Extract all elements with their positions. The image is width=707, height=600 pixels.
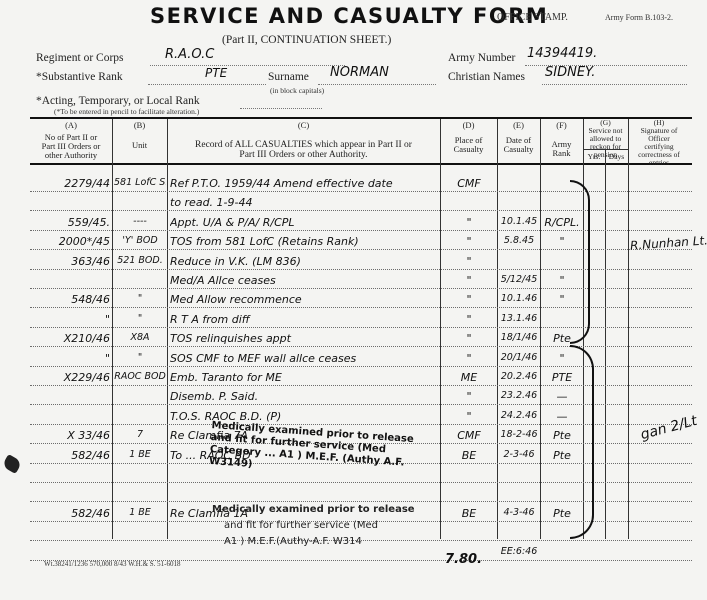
cell-place: CMF (442, 177, 496, 190)
cell-order-no: 559/45. (32, 216, 110, 229)
col-e-label: Date of Casualty (497, 136, 540, 154)
column-divider-gh (628, 119, 629, 539)
col-h-header: (H) Signature of Officer certifying corr… (628, 119, 690, 167)
col-e-letter: (E) (497, 121, 540, 130)
cell-record: TOS relinquishes appt (170, 332, 438, 345)
army-number-value: 14394419. (527, 46, 597, 61)
col-c-letter: (C) (167, 121, 440, 130)
cell-order-no: 2279/44 (32, 177, 110, 190)
cell-record: to read. 1-9-44 (170, 196, 438, 209)
cell-place: BE (442, 507, 496, 520)
cell-record: Emb. Taranto for ME (170, 371, 438, 384)
cell-unit: RAOC BOD (114, 371, 166, 382)
col-e-header: (E) Date of Casualty (497, 121, 540, 154)
row-rule (30, 288, 692, 289)
row-rule (30, 307, 692, 308)
cell-date: 2-3-46 (498, 449, 540, 460)
regiment-label: Regiment or Corps (36, 52, 124, 64)
cell-unit: 7 (114, 429, 166, 440)
acting-rank-label: *Acting, Temporary, or Local Rank (36, 95, 200, 107)
col-g-years: Yrs. (583, 152, 605, 161)
cell-place: " (442, 235, 496, 248)
cell-date: 20.2.46 (498, 371, 540, 382)
cell-record: Ref P.T.O. 1959/44 Amend effective date (170, 177, 438, 190)
cell-date: 23.2.46 (498, 390, 540, 401)
cell-record: R T A from diff (170, 313, 438, 326)
cell-record: Reduce in V.K. (LM 836) (170, 255, 438, 268)
cell-unit: " (114, 352, 166, 363)
cell-order-no: X 33/46 (32, 429, 110, 442)
cell-place: BE (442, 449, 496, 462)
army-number-label: Army Number (448, 52, 515, 64)
row-rule (30, 230, 692, 231)
cell-record: SOS CMF to MEF wall allce ceases (170, 352, 438, 365)
column-divider-bc (167, 119, 168, 539)
bottom-mark: 7.80. (445, 552, 482, 567)
scribble-mark (2, 454, 23, 474)
col-d-letter: (D) (440, 121, 497, 130)
col-a-letter: (A) (30, 121, 112, 130)
cell-unit: ---- (114, 216, 166, 227)
release-line-3: A1 ) M.E.F.(Authy-A.F. W314 (212, 534, 440, 550)
row-rule (30, 191, 692, 192)
acting-rank-field (240, 96, 322, 109)
form-title: SERVICE AND CASUALTY FORM (150, 4, 548, 28)
cell-order-no: 582/46 (32, 449, 110, 462)
christian-names-value: SIDNEY. (545, 65, 595, 80)
cell-date: EE:6:46 (498, 546, 540, 557)
row-rule (30, 346, 692, 347)
office-stamp-label: OFFICE STAMP. (497, 12, 568, 23)
cell-place: " (442, 274, 496, 287)
cell-date: 18-2-46 (498, 429, 540, 440)
substantive-rank-value: PTE (205, 66, 227, 80)
cell-date: 20/1/46 (498, 352, 540, 363)
table-header-rule (30, 163, 692, 165)
cell-unit: " (114, 313, 166, 324)
col-c-label: Record of ALL CASUALTIES which appear in… (167, 140, 440, 160)
row-rule (30, 210, 692, 211)
cell-unit: " (114, 293, 166, 304)
cell-date: 10.1.45 (498, 216, 540, 227)
col-f-label: Army Rank (540, 140, 583, 158)
cell-unit: 'Y' BOD (114, 235, 166, 246)
column-divider-ab (112, 119, 113, 539)
cell-date: 5.8.45 (498, 235, 540, 246)
cell-order-no: 582/46 (32, 507, 110, 520)
cell-place: " (442, 352, 496, 365)
cell-place: " (442, 390, 496, 403)
surname-value: NORMAN (330, 65, 389, 80)
row-rule (30, 327, 692, 328)
cell-order-no: " (32, 352, 110, 365)
cell-order-no: X210/46 (32, 332, 110, 345)
signature-bracket-top (570, 180, 590, 344)
row-rule (30, 249, 692, 250)
officer-signature-2: gan 2/Lt (639, 413, 699, 443)
cell-record: Appt. U/A & P/A/ R/CPL (170, 216, 438, 229)
printer-imprint: Wt.38241/1236 570,000 8/43 W.H.& S. 51-6… (44, 560, 181, 568)
cell-record: TOS from 581 LofC (Retains Rank) (170, 235, 438, 248)
cell-place: " (442, 410, 496, 423)
cell-place: " (442, 255, 496, 268)
acting-rank-note: (*To be entered in pencil to facilitate … (54, 107, 199, 116)
cell-date: 5/12/45 (498, 274, 540, 285)
col-c-header: (C) Record of ALL CASUALTIES which appea… (167, 121, 440, 160)
cell-record: T.O.S. RAOC B.D. (P) (170, 410, 438, 423)
column-divider-g-yrs-days (605, 149, 606, 539)
col-f-header: (F) Army Rank (540, 121, 583, 158)
release-line-2: and fit for further service (Med (212, 518, 440, 534)
cell-place: " (442, 332, 496, 345)
cell-record: Med/A Allce ceases (170, 274, 438, 287)
col-a-label: No of Part II or Part III Orders or othe… (30, 133, 112, 160)
row-rule (30, 269, 692, 270)
cell-order-no: " (32, 313, 110, 326)
release-line-1: Medically examined prior to release (212, 502, 440, 518)
col-b-header: (B) Unit (112, 121, 167, 150)
column-divider-ef (540, 119, 541, 539)
cell-order-no: 548/46 (32, 293, 110, 306)
cell-place: " (442, 216, 496, 229)
cell-date: 13.1.46 (498, 313, 540, 324)
col-d-header: (D) Place of Casualty (440, 121, 497, 154)
column-divider-de (497, 119, 498, 539)
col-b-letter: (B) (112, 121, 167, 130)
regiment-value: R.A.O.C (165, 47, 214, 62)
cell-order-no: 363/46 (32, 255, 110, 268)
cell-unit: 581 LofC S.C.U. (114, 177, 166, 188)
cell-date: 24.2.46 (498, 410, 540, 421)
col-a-header: (A) No of Part II or Part III Orders or … (30, 121, 112, 160)
substantive-rank-label: *Substantive Rank (36, 71, 123, 83)
christian-names-label: Christian Names (448, 71, 525, 83)
cell-place: ME (442, 371, 496, 384)
surname-note: (in block capitals) (270, 86, 324, 95)
cell-place: " (442, 293, 496, 306)
col-d-label: Place of Casualty (440, 136, 497, 154)
signature-bracket-bottom (570, 345, 594, 539)
cell-unit: 1 BE (114, 449, 166, 460)
cell-date: 10.1.46 (498, 293, 540, 304)
cell-unit: 1 BE (114, 507, 166, 518)
cell-unit: X8A (114, 332, 166, 343)
cell-record: Disemb. P. Said. (170, 390, 438, 403)
cell-order-no: 2000*/45 (32, 235, 110, 248)
officer-signature-1: R.Nunhan Lt. (630, 233, 707, 252)
cell-date: 18/1/46 (498, 332, 540, 343)
cell-date: 4-3-46 (498, 507, 540, 518)
col-f-letter: (F) (540, 121, 583, 130)
form-number: Army Form B.103-2. (605, 13, 673, 22)
column-divider-cd (440, 119, 441, 539)
cell-record: Med Allow recommence (170, 293, 438, 306)
release-stamp: Medically examined prior to release and … (212, 502, 440, 550)
surname-label: Surname (268, 71, 309, 83)
cell-place: " (442, 313, 496, 326)
cell-unit: 521 BOD. (114, 255, 166, 266)
form-subtitle: (Part II, CONTINUATION SHEET.) (222, 34, 391, 46)
cell-place: CMF (442, 429, 496, 442)
col-g-days: Days (605, 152, 628, 161)
col-h-label: Signature of Officer certifying correctn… (628, 127, 690, 167)
cell-order-no: X229/46 (32, 371, 110, 384)
col-b-label: Unit (112, 141, 167, 150)
